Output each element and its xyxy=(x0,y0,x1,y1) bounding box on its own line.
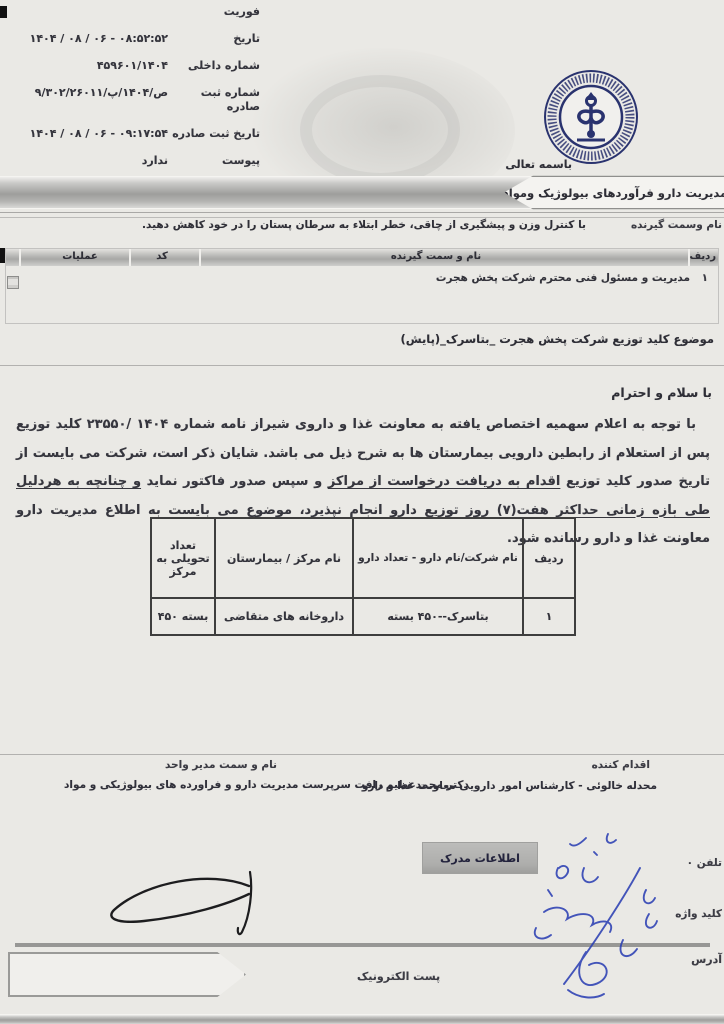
divider-double xyxy=(0,212,724,218)
manager-signature xyxy=(100,868,260,943)
subject-line: موضوع کلید توزیع شرکت پخش هجرت _بتاسرک_(… xyxy=(400,332,714,346)
body-text-underlined: اقدام به دریافت درخواست از مراکز xyxy=(328,474,561,489)
recipients-col-code: کد xyxy=(146,251,178,262)
doc-info-button[interactable]: اطلاعات مدرک xyxy=(422,842,538,874)
field-label: تاریخ ثبت صادره xyxy=(168,127,260,141)
bottom-scan-bar xyxy=(0,1015,724,1024)
field-label: شماره داخلی xyxy=(168,59,260,73)
divider xyxy=(0,754,724,755)
column-separator xyxy=(19,249,21,266)
drug-row-index: ۱ xyxy=(523,598,575,635)
meta-row-internal-no: شماره داخلی ۴۵۹۶۰۱/۱۴۰۴ xyxy=(12,59,260,73)
row-action-icon[interactable] xyxy=(7,276,19,289)
recipients-col-actions: عملیات xyxy=(56,251,104,262)
field-value: ۱۴۰۴ / ۰۸ / ۰۶ - ۰۸:۵۲:۵۲ xyxy=(30,32,168,46)
keyword-label: کلید واژه xyxy=(675,908,722,920)
handwriting-icon xyxy=(528,830,668,1005)
phone-value: ۰ xyxy=(687,857,693,869)
letter-meta-block: فوریت تاریخ ۱۴۰۴ / ۰۸ / ۰۶ - ۰۸:۵۲:۵۲ شم… xyxy=(12,5,260,181)
bismillah-text: باسمه تعالی xyxy=(492,158,572,171)
salutation: با سلام و احترام xyxy=(611,385,712,400)
recipient-section-label: نام وسمت گیرنده xyxy=(631,219,722,231)
drug-col-drug: نام شرکت/نام دارو - تعداد دارو xyxy=(353,518,523,598)
drug-col-row: ردیف xyxy=(523,518,575,598)
drug-row-qty: ۴۵۰ بسته xyxy=(151,598,215,635)
meta-row-attachment: پیوست ندارد xyxy=(12,154,260,168)
drug-row-drug: بتاسرک--۴۵۰ بسته xyxy=(353,598,523,635)
signature-stroke-icon xyxy=(100,868,260,943)
field-label: پیوست xyxy=(168,154,260,168)
phone-field: تلفن ۰ xyxy=(687,857,722,869)
health-slogan: با کنترل وزن و پیشگیری از چاقی، خطر ابتل… xyxy=(86,219,642,231)
department-banner: مدیریت دارو فرآوردهای بیولوژیک ومواد xyxy=(504,175,724,210)
field-value: ندارد xyxy=(142,154,168,168)
column-separator xyxy=(199,249,201,266)
meta-row-outgoing-date: تاریخ ثبت صادره ۱۴۰۴ / ۰۸ / ۰۶ - ۰۹:۱۷:۵… xyxy=(12,127,260,141)
manager-label: نام و سمت مدیر واحد xyxy=(187,759,277,771)
drug-row-center: داروخانه های متقاضی xyxy=(215,598,353,635)
meta-row-urgency: فوریت xyxy=(12,5,260,19)
address-arrow-box xyxy=(8,952,246,997)
address-label: آدرس xyxy=(691,953,722,966)
email-label: پست الکترونیک xyxy=(357,970,440,983)
body-text: و سپس صدور فاکتور نماید xyxy=(141,474,328,489)
field-value: ص/۱۴۰۴/پ/۹/۳۰۲/۲۶۰۱۱ xyxy=(35,86,168,114)
referenced-letter-number: ۲۳۵۵۰/ ۱۴۰۴ xyxy=(87,417,169,432)
column-separator xyxy=(129,249,131,266)
field-label: شماره ثبت صادره xyxy=(168,86,260,114)
watermark-ring xyxy=(300,75,460,185)
field-label: فوریت xyxy=(168,5,260,19)
subject-label: موضوع xyxy=(673,332,714,346)
meta-row-date: تاریخ ۱۴۰۴ / ۰۸ / ۰۶ - ۰۸:۵۲:۵۲ xyxy=(12,32,260,46)
recipients-col-row: ردیف xyxy=(689,251,716,262)
drug-col-qty: تعداد تحویلی به مرکز xyxy=(151,518,215,598)
recipients-header-bar xyxy=(6,249,718,266)
actor-label: اقدام کننده xyxy=(592,759,650,771)
meta-row-outgoing-no: شماره ثبت صادره ص/۱۴۰۴/پ/۹/۳۰۲/۲۶۰۱۱ xyxy=(12,86,260,114)
field-value: ۴۵۹۶۰۱/۱۴۰۴ xyxy=(97,59,168,73)
body-text: با توجه به اعلام سهمیه اختصاص یافته به م… xyxy=(168,417,696,432)
drug-col-center: نام مرکز / بیمارستان xyxy=(215,518,353,598)
handwritten-note xyxy=(528,830,668,1005)
recipient-row-name: مدیریت و مسئول فنی محترم شرکت پخش هجرت xyxy=(436,272,690,284)
scanned-letter-page: فوریت تاریخ ۱۴۰۴ / ۰۸ / ۰۶ - ۰۸:۵۲:۵۲ شم… xyxy=(0,0,724,1024)
manager-name: دکتر محمدعظیم رافت سرپرست مدیریت دارو و … xyxy=(64,779,469,791)
university-emblem-icon xyxy=(542,68,640,166)
subject-text: کلید توزیع شرکت پخش هجرت _بتاسرک_(پایش) xyxy=(400,332,669,346)
field-value: ۱۴۰۴ / ۰۸ / ۰۶ - ۰۹:۱۷:۵۴ xyxy=(30,127,168,141)
recipients-col-name: نام و سمت گیرنده xyxy=(388,251,484,262)
drug-distribution-table: ردیف نام شرکت/نام دارو - تعداد دارو نام … xyxy=(150,517,576,636)
divider xyxy=(0,365,724,366)
phone-label: تلفن xyxy=(697,857,722,869)
university-logo xyxy=(542,68,640,166)
field-label: تاریخ xyxy=(168,32,260,46)
scan-artifact xyxy=(0,6,7,18)
recipient-row-index: ۱ xyxy=(702,272,708,284)
